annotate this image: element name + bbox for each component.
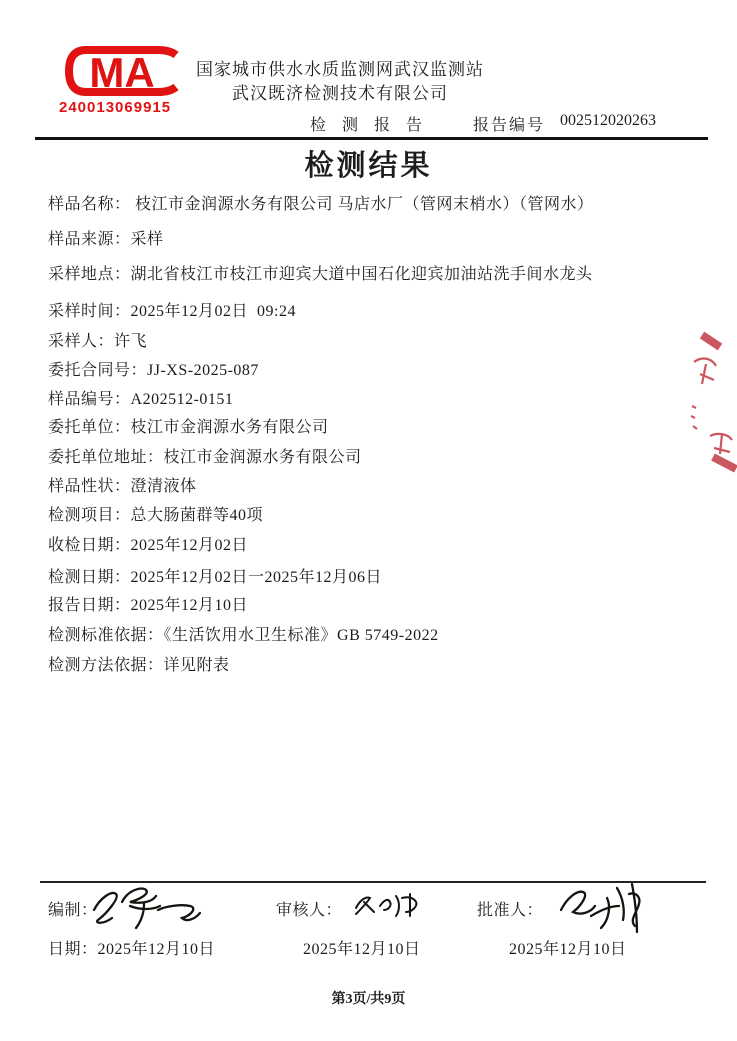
report-number-value: 002512020263 bbox=[560, 112, 656, 130]
field-value: 2025年12月02日 bbox=[131, 537, 249, 554]
partial-red-stamp-icon bbox=[680, 322, 737, 477]
field-row-test-date: 检测日期：2025年12月02日一2025年12月06日 bbox=[48, 568, 382, 588]
field-row-sampling-time: 采样时间：2025年12月02日 09:24 bbox=[48, 302, 296, 322]
date-value: 2025年12月10日 bbox=[98, 941, 216, 958]
field-label: 采样时间： bbox=[48, 303, 131, 320]
page-number: 第3页/共9页 bbox=[0, 988, 737, 1008]
field-row-method-basis: 检测方法依据：详见附表 bbox=[48, 656, 230, 676]
approved-date: 2025年12月10日 bbox=[509, 936, 627, 959]
field-row-standard-basis: 检测标准依据：《生活饮用水卫生标准》GB 5749-2022 bbox=[48, 626, 439, 646]
field-label: 检测项目： bbox=[48, 507, 131, 524]
org-name-line2: 武汉既济检测技术有限公司 bbox=[160, 79, 520, 104]
field-label: 样品来源： bbox=[48, 231, 131, 248]
field-value: 枝江市金润源水务有限公司 马店水厂（管网末梢水）（管网水） bbox=[131, 196, 594, 213]
report-page: MA 240013069915 国家城市供水水质监测网武汉监测站 武汉既济检测技… bbox=[0, 0, 737, 1041]
field-value: 枝江市金润源水务有限公司 bbox=[164, 449, 362, 466]
reviewed-by-signature bbox=[350, 888, 425, 922]
field-label: 检测方法依据： bbox=[48, 657, 164, 674]
field-value: 2025年12月10日 bbox=[131, 597, 249, 614]
field-label: 收检日期： bbox=[48, 537, 131, 554]
field-label: 样品性状： bbox=[48, 478, 131, 495]
report-type-label: 检 测 报 告 bbox=[310, 112, 428, 135]
date-label: 日期： bbox=[48, 941, 98, 958]
field-label: 检测标准依据： bbox=[48, 627, 164, 644]
field-row-sample-source: 样品来源：采样 bbox=[48, 230, 164, 250]
report-number-label: 报告编号 bbox=[473, 112, 545, 135]
field-row-report-date: 报告日期：2025年12月10日 bbox=[48, 596, 248, 616]
field-row-sampling-site: 采样地点：湖北省枝江市枝江市迎宾大道中国石化迎宾加油站洗手间水龙头 bbox=[48, 265, 593, 285]
org-name-line1: 国家城市供水水质监测网武汉监测站 bbox=[160, 55, 520, 80]
header-divider bbox=[35, 137, 708, 140]
field-row-client-address: 委托单位地址：枝江市金润源水务有限公司 bbox=[48, 448, 362, 468]
field-label: 样品名称： bbox=[48, 196, 131, 213]
field-label: 检测日期： bbox=[48, 569, 131, 586]
field-label: 样品编号： bbox=[48, 391, 131, 408]
field-label: 采样地点： bbox=[48, 266, 131, 283]
field-value: 2025年12月02日 09:24 bbox=[131, 303, 296, 320]
field-label: 委托合同号： bbox=[48, 362, 147, 379]
field-row-contract-no: 委托合同号：JJ-XS-2025-087 bbox=[48, 361, 259, 381]
prepared-date: 日期：2025年12月10日 bbox=[48, 936, 215, 959]
field-value: 澄清液体 bbox=[131, 478, 197, 495]
field-value: A202512-0151 bbox=[131, 391, 234, 408]
approved-by-label: 批准人： bbox=[477, 897, 543, 920]
page-title: 检测结果 bbox=[0, 143, 737, 184]
field-label: 采样人： bbox=[48, 333, 114, 350]
field-row-test-items: 检测项目：总大肠菌群等40项 bbox=[48, 506, 263, 526]
cma-letters: MA bbox=[89, 49, 154, 96]
field-row-sampler: 采样人：许飞 bbox=[48, 332, 147, 352]
field-value: 采样 bbox=[131, 231, 164, 248]
field-value: 详见附表 bbox=[164, 657, 230, 674]
field-label: 委托单位： bbox=[48, 419, 131, 436]
reviewed-date: 2025年12月10日 bbox=[303, 936, 421, 959]
reviewed-by-label: 审核人： bbox=[276, 897, 342, 920]
field-value: 总大肠菌群等40项 bbox=[131, 507, 264, 524]
prepared-by-signature bbox=[86, 880, 206, 932]
field-row-client: 委托单位：枝江市金润源水务有限公司 bbox=[48, 418, 329, 438]
field-value: JJ-XS-2025-087 bbox=[147, 362, 259, 379]
field-label: 报告日期： bbox=[48, 597, 131, 614]
approved-by-signature bbox=[551, 876, 646, 938]
field-value: 枝江市金润源水务有限公司 bbox=[131, 419, 329, 436]
field-row-sample-state: 样品性状：澄清液体 bbox=[48, 477, 197, 497]
field-row-sample-no: 样品编号：A202512-0151 bbox=[48, 390, 233, 410]
field-value: 湖北省枝江市枝江市迎宾大道中国石化迎宾加油站洗手间水龙头 bbox=[131, 266, 593, 283]
field-value: 许飞 bbox=[114, 333, 147, 350]
field-value: 《生活饮用水卫生标准》GB 5749-2022 bbox=[164, 627, 439, 644]
field-label: 委托单位地址： bbox=[48, 449, 164, 466]
field-row-receive-date: 收检日期：2025年12月02日 bbox=[48, 536, 248, 556]
field-value: 2025年12月02日一2025年12月06日 bbox=[131, 569, 383, 586]
field-row-sample-name: 样品名称： 枝江市金润源水务有限公司 马店水厂（管网末梢水）（管网水） bbox=[48, 195, 594, 215]
